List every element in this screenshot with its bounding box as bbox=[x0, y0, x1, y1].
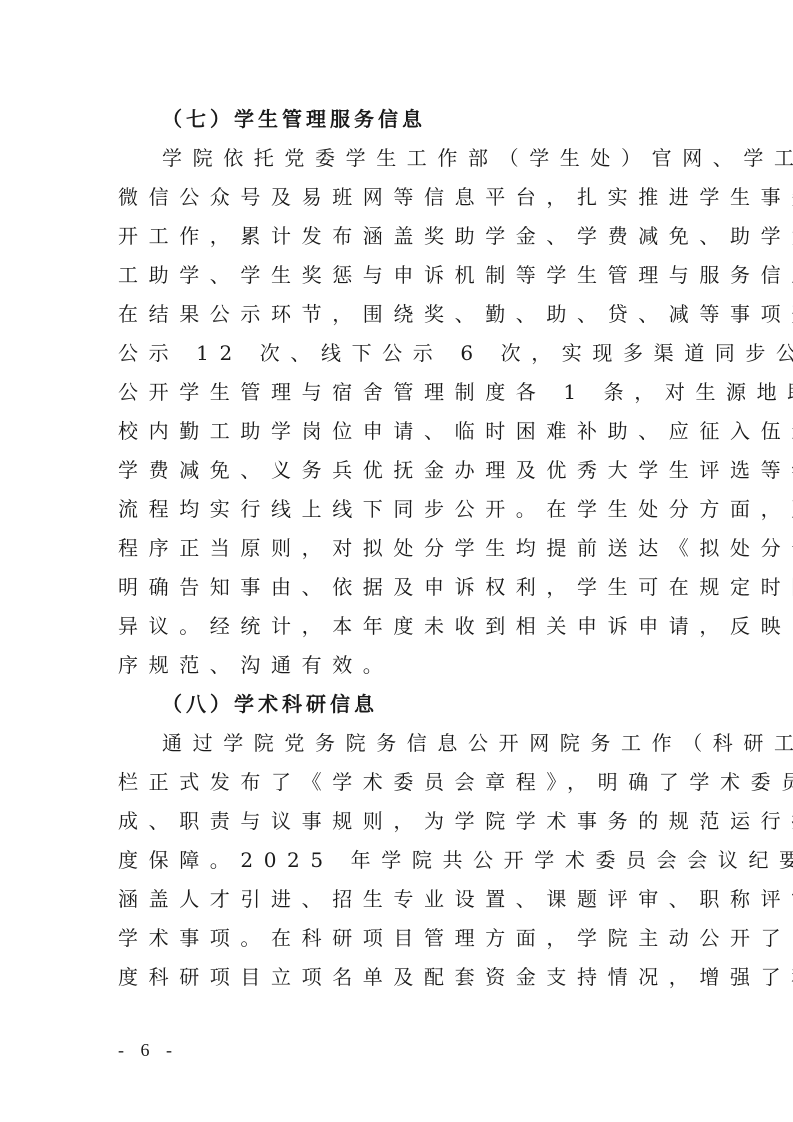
paragraph-line: 涵盖人才引进、招生专业设置、课题评审、职称评审等关键 bbox=[118, 880, 678, 919]
paragraph-line: 学费减免、义务兵优抚金办理及优秀大学生评选等学生办事 bbox=[118, 451, 678, 490]
paragraph-line: 校内勤工助学岗位申请、临时困难补助、应征入伍退役复学 bbox=[118, 412, 678, 451]
paragraph-line: 在结果公示环节，围绕奖、勤、助、贷、减等事项开展线上 bbox=[118, 295, 678, 334]
page-number: - 6 - bbox=[118, 1040, 178, 1061]
section-heading-academic-research: （八）学术科研信息 bbox=[118, 685, 678, 724]
paragraph-line: 工助学、学生奖惩与申诉机制等学生管理与服务信息 65 条。 bbox=[118, 256, 678, 295]
paragraph-line: 栏正式发布了《学术委员会章程》，明确了学术委员会的组 bbox=[118, 763, 678, 802]
paragraph-line: 微信公众号及易班网等信息平台，扎实推进学生事务信息公 bbox=[118, 178, 678, 217]
paragraph-line: 流程均实行线上线下同步公开。在学生处分方面，严格执行 bbox=[118, 490, 678, 529]
paragraph-line: 异议。经统计，本年度未收到相关申诉申请，反映出处分程 bbox=[118, 607, 678, 646]
paragraph-line: 公示 12 次、线下公示 6 次，实现多渠道同步公开。同时， bbox=[118, 334, 678, 373]
paragraph-line: 学术事项。在科研项目管理方面，学院主动公开了 2025 年 bbox=[118, 919, 678, 958]
paragraph-line: 度保障。2025 年学院共公开学术委员会会议纪要 4 次，内容 bbox=[118, 841, 678, 880]
paragraph-line: 学院依托党委学生工作部（学生处）官网、学工部官方 bbox=[118, 139, 678, 178]
paragraph-line: 通过学院党务院务信息公开网院务工作（科研工作）专 bbox=[118, 724, 678, 763]
paragraph-line: 公开学生管理与宿舍管理制度各 1 条，对生源地助学贷款、 bbox=[118, 373, 678, 412]
section-heading-student-services: （七）学生管理服务信息 bbox=[118, 100, 678, 139]
document-page: （七）学生管理服务信息 学院依托党委学生工作部（学生处）官网、学工部官方 微信公… bbox=[118, 100, 678, 997]
paragraph-line: 开工作，累计发布涵盖奖助学金、学费减免、助学贷款、勤 bbox=[118, 217, 678, 256]
paragraph-line: 度科研项目立项名单及配套资金支持情况，增强了科研资源 bbox=[118, 958, 678, 997]
paragraph-line: 成、职责与议事规则，为学院学术事务的规范运行提供了制 bbox=[118, 802, 678, 841]
paragraph-line: 明确告知事由、依据及申诉权利，学生可在规定时限内提出 bbox=[118, 568, 678, 607]
paragraph-line: 序规范、沟通有效。 bbox=[118, 646, 678, 685]
paragraph-line: 程序正当原则，对拟处分学生均提前送达《拟处分告知单》， bbox=[118, 529, 678, 568]
